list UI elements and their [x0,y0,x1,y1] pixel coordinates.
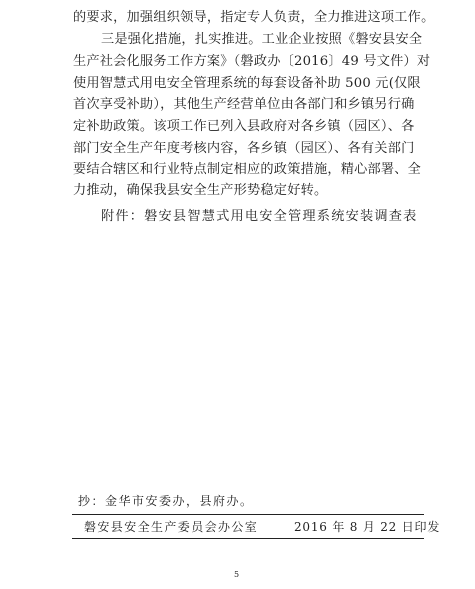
body-line-8: 要结合辖区和行业特点制定相应的政策措施，精心部署、全 [73,159,399,180]
body-line-7: 部门安全生产年度考核内容，各乡镇（园区）、各有关部门 [73,138,399,159]
body-line-5: 首次享受补助），其他生产经营单位由各部门和乡镇另行确 [73,94,399,115]
cc-recipients: 抄：金华市安委办，县府办。 [78,492,254,510]
body-line-9: 力推动，确保我县安全生产形势稳定好转。 [73,180,399,201]
footer-bottom-rule [72,538,424,539]
body-line-1: 的要求，加强组织领导，指定专人负责，全力推进这项工作。 [73,7,399,28]
attachment-note: 附件：磐安县智慧式用电安全管理系统安装调查表 [101,206,418,227]
body-line-2: 三是强化措施，扎实推进。工业企业按照《磐安县安全 [101,29,399,50]
footer-top-rule [72,514,424,515]
issue-date: 2016 年 8 月 22 日印发 [294,518,440,536]
issuing-office: 磐安县安全生产委员会办公室 [84,518,258,536]
page-number: 5 [234,570,239,580]
body-line-6: 定补助政策。该项工作已列入县政府对各乡镇（园区）、各 [73,116,399,137]
body-line-3: 生产社会化服务工作方案》（磐政办〔2016〕49 号文件）对 [73,51,399,72]
body-line-4: 使用智慧式用电安全管理系统的每套设备补助 500 元(仅限 [73,73,399,94]
